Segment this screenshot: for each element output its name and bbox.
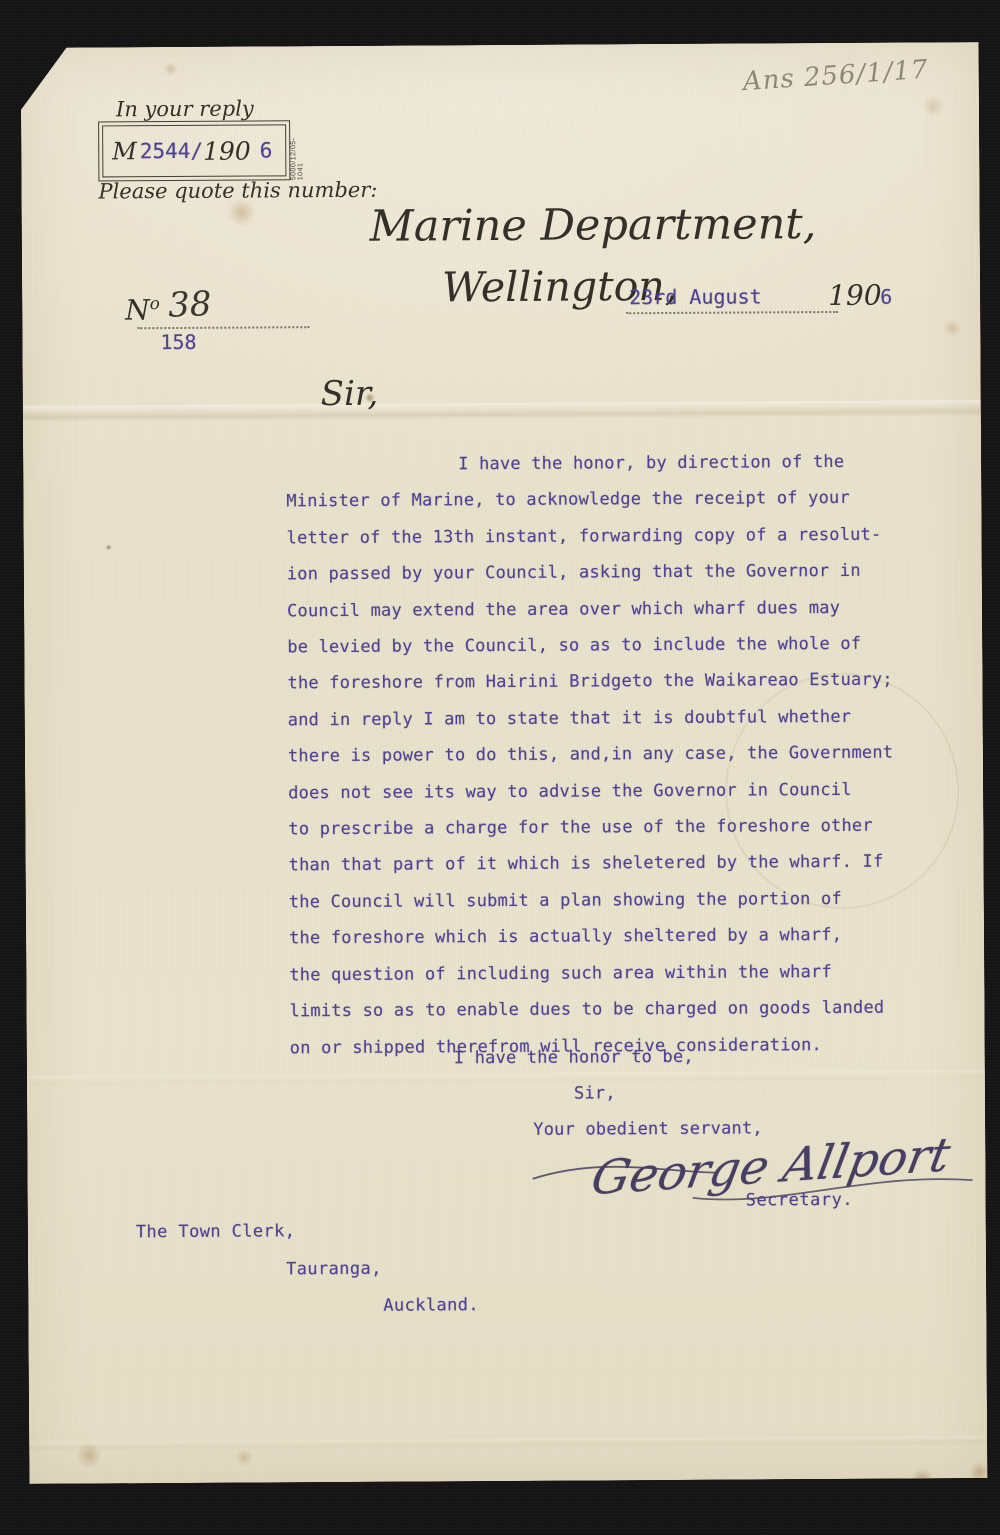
letter-paper: In your reply M 2544/ 190 6 5000/12/05-1… [21, 42, 988, 1484]
body-line: the question of including such area with… [289, 953, 929, 993]
typed-date: 23rd August [629, 284, 762, 309]
pencil-annotation: Ans 256/1/17 [742, 55, 930, 97]
ref-printed-label: No [125, 293, 160, 327]
body-line: limits so as to enable dues to be charge… [289, 989, 929, 1029]
body-line: the foreshore from Hairini Bridgeto the … [287, 662, 927, 702]
closing-honor-line: I have the honor to be, [454, 1047, 694, 1068]
letter-body: I have the honor, by direction of the Mi… [286, 443, 930, 1066]
stamp-box-inner-border: M 2544/ 190 6 [102, 124, 286, 177]
printed-year: 190 [828, 279, 882, 312]
ref-label-sup-o: o [150, 293, 160, 313]
ref-handwritten-number: 38 [167, 284, 212, 326]
recipient-town: Tauranga, [286, 1259, 382, 1280]
body-line: Minister of Marine, to acknowledge the r… [286, 480, 926, 520]
recipient-name: The Town Clerk, [136, 1221, 296, 1242]
closing-sir-line: Sir, [574, 1083, 616, 1103]
body-line: letter of the 13th instant, forwarding c… [287, 516, 927, 556]
recipient-region: Auckland. [383, 1295, 479, 1316]
stamp-print-code: 5000/12/05-1041 [290, 122, 304, 180]
fold-crease-lower [29, 1436, 987, 1452]
body-line: there is power to do this, and,in any ca… [288, 735, 928, 775]
stamp-m-prefix: M [112, 137, 137, 165]
body-line: Council may extend the area over which w… [287, 589, 927, 629]
body-line: ion passed by your Council, asking that … [287, 553, 927, 593]
typed-year-digit: 6 [880, 285, 892, 309]
ref-label-n: N [125, 293, 150, 326]
fold-crease-upper [23, 400, 981, 422]
ref-dotted-line [137, 326, 309, 329]
stamp-typed-year-digit: 6 [260, 138, 273, 162]
signer-title: Secretary. [746, 1190, 853, 1211]
date-dotted-line [626, 311, 838, 314]
letterhead-department: Marine Department, [370, 200, 742, 252]
fold-crease-middle [27, 1070, 985, 1088]
body-line: the Council will submit a plan showing t… [289, 880, 929, 920]
reply-number-stamp-box: M 2544/ 190 6 [98, 120, 290, 181]
stamp-header: In your reply [116, 97, 254, 122]
salutation: Sir, [321, 374, 379, 414]
body-line: does not see its way to advise the Gover… [288, 771, 928, 811]
photographed-letter-page: { "document": { "pencil_annotation": "An… [0, 0, 1000, 1535]
body-line: be levied by the Council, so as to inclu… [287, 625, 927, 665]
body-line: to prescribe a charge for the use of the… [288, 807, 928, 847]
body-line: the foreshore which is actually sheltere… [289, 917, 929, 957]
body-line: than that part of it which is sheletered… [289, 844, 929, 884]
body-line: I have the honor, by direction of the [286, 443, 926, 483]
stamp-footer: Please quote this number: [98, 178, 377, 204]
body-line: and in reply I am to state that it is do… [288, 698, 928, 738]
stamp-typed-number: 2544/ [140, 139, 203, 163]
stamp-printed-year: 190 [203, 136, 251, 165]
ref-typed-number: 158 [160, 330, 196, 354]
